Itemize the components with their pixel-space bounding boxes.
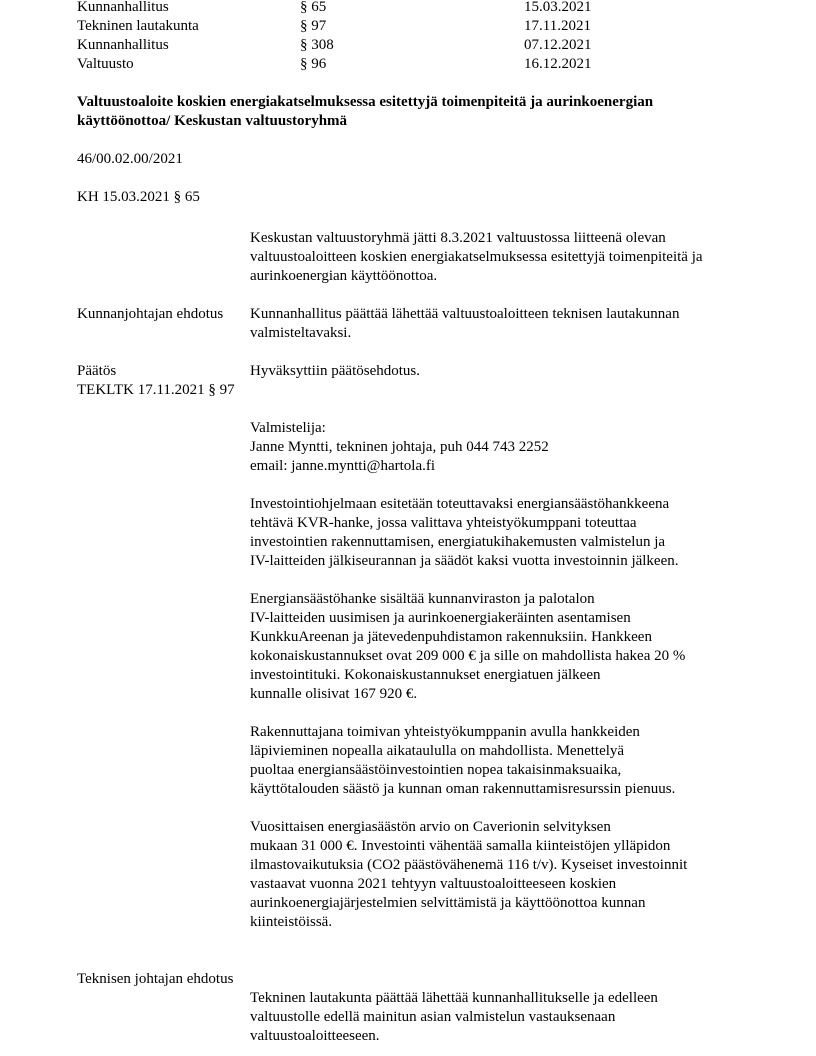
technical-director-proposal: Teknisen johtajan ehdotus Tekninen lauta… bbox=[77, 970, 757, 1046]
text-line: IV-laitteiden uusimisen ja aurinkoenergi… bbox=[250, 609, 740, 628]
session-date: 15.03.2021 bbox=[524, 0, 644, 17]
text-line: investointituki. Kokonaiskustannukset en… bbox=[250, 666, 740, 685]
text-line: tehtävä KVR-hanke, jossa valittava yhtei… bbox=[250, 514, 740, 533]
document-title: Valtuustoaloite koskien energiakatselmuk… bbox=[77, 93, 737, 131]
session-row: Kunnanhallitus § 308 07.12.2021 bbox=[77, 36, 757, 55]
mayor-proposal-text: Kunnanhallitus päättää lähettää valtuust… bbox=[250, 305, 740, 343]
session-date: 16.12.2021 bbox=[524, 55, 644, 74]
session-paragraph: § 96 bbox=[300, 55, 524, 74]
session-org: Kunnanhallitus bbox=[77, 0, 300, 17]
text-line: kokonaiskustannukset ovat 209 000 € ja s… bbox=[250, 647, 740, 666]
body-paragraph: Vuosittaisen energiasäästön arvio on Cav… bbox=[250, 818, 740, 932]
text-line: mukaan 31 000 €. Investointi vähentää sa… bbox=[250, 837, 740, 856]
text-line: aurinkoenergiajärjestelmien selvittämist… bbox=[250, 894, 740, 913]
kh-header: KH 15.03.2021 § 65 bbox=[77, 188, 757, 207]
session-date: 07.12.2021 bbox=[524, 36, 644, 55]
preparer-heading: Valmistelija: bbox=[250, 419, 740, 438]
decision-text: Hyväksyttiin päätösehdotus. bbox=[250, 362, 740, 400]
decision-label-text: Päätös bbox=[77, 362, 250, 381]
text-line: Keskustan valtuustoryhmä jätti 8.3.2021 … bbox=[250, 229, 740, 248]
session-table: Kunnanhallitus § 65 15.03.2021 Tekninen … bbox=[77, 0, 757, 74]
text-line: läpivieminen nopealla aikataululla on ma… bbox=[250, 742, 740, 761]
text-line: valmisteltavaksi. bbox=[250, 324, 740, 343]
text-line: kiinteistöissä. bbox=[250, 913, 740, 932]
text-line: Investointiohjelmaan esitetään toteuttav… bbox=[250, 495, 740, 514]
decision: Päätös TEKLTK 17.11.2021 § 97 Hyväksytti… bbox=[77, 362, 757, 400]
text-line: puoltaa energiansäästöinvestointien nope… bbox=[250, 761, 740, 780]
record-number: 46/00.02.00/2021 bbox=[77, 150, 757, 169]
kh-intro: Keskustan valtuustoryhmä jätti 8.3.2021 … bbox=[250, 229, 740, 286]
preparer-name: Janne Myntti, tekninen johtaja, puh 044 … bbox=[250, 438, 740, 457]
session-row: Valtuusto § 96 16.12.2021 bbox=[77, 55, 757, 74]
text-line: aurinkoenergian käyttöönottoa. bbox=[250, 267, 740, 286]
session-org: Tekninen lautakunta bbox=[77, 17, 300, 36]
mayor-proposal: Kunnanjohtajan ehdotus Kunnanhallitus pä… bbox=[77, 305, 757, 343]
text-line: vastaavat vuonna 2021 tehtyyn valtuustoa… bbox=[250, 875, 740, 894]
text-line: käyttötalouden säästö ja kunnan oman rak… bbox=[250, 780, 740, 799]
text-line: valtuustoaloitteeseen. bbox=[250, 1027, 740, 1046]
title-line: Valtuustoaloite koskien energiakatselmuk… bbox=[77, 93, 737, 112]
text-line: Kunnanhallitus päättää lähettää valtuust… bbox=[250, 305, 740, 324]
text-line: Rakennuttajana toimivan yhteistyökumppan… bbox=[250, 723, 740, 742]
text-line: valtuustoaloitteen koskien energiakatsel… bbox=[250, 248, 740, 267]
decision-label: Päätös TEKLTK 17.11.2021 § 97 bbox=[77, 362, 250, 400]
text-line: investointien rakennuttamisen, energiatu… bbox=[250, 533, 740, 552]
text-line: KunkkuAreenan ja jätevedenpuhdistamon ra… bbox=[250, 628, 740, 647]
technical-director-proposal-text: Tekninen lautakunta päättää lähettää kun… bbox=[250, 989, 740, 1046]
body-paragraph: Rakennuttajana toimivan yhteistyökumppan… bbox=[250, 723, 740, 799]
document-page: Kunnanhallitus § 65 15.03.2021 Tekninen … bbox=[77, 0, 757, 1046]
text-line: Vuosittaisen energiasäästön arvio on Cav… bbox=[250, 818, 740, 837]
session-paragraph: § 308 bbox=[300, 36, 524, 55]
session-org: Valtuusto bbox=[77, 55, 300, 74]
preparer-info: Valmistelija: Janne Myntti, tekninen joh… bbox=[250, 419, 740, 476]
body-paragraph: Investointiohjelmaan esitetään toteuttav… bbox=[250, 495, 740, 571]
tekltk-header: TEKLTK 17.11.2021 § 97 bbox=[77, 381, 250, 400]
text-line: ilmastovaikutuksia (CO2 päästövähenemä 1… bbox=[250, 856, 740, 875]
body-paragraph: Energiansäästöhanke sisältää kunnanviras… bbox=[250, 590, 740, 704]
session-date: 17.11.2021 bbox=[524, 17, 644, 36]
text-line: Energiansäästöhanke sisältää kunnanviras… bbox=[250, 590, 740, 609]
text-line: valtuustolle edellä mainitun asian valmi… bbox=[250, 1008, 740, 1027]
session-row: Tekninen lautakunta § 97 17.11.2021 bbox=[77, 17, 757, 36]
session-paragraph: § 65 bbox=[300, 0, 524, 17]
technical-director-proposal-label: Teknisen johtajan ehdotus bbox=[77, 970, 757, 989]
preparer-email[interactable]: email: janne.myntti@hartola.fi bbox=[250, 457, 740, 476]
session-paragraph: § 97 bbox=[300, 17, 524, 36]
text-line: Tekninen lautakunta päättää lähettää kun… bbox=[250, 989, 740, 1008]
text-line: IV-laitteiden jälkiseurannan ja säädöt k… bbox=[250, 552, 740, 571]
title-line: käyttöönottoa/ Keskustan valtuustoryhmä bbox=[77, 112, 737, 131]
session-org: Kunnanhallitus bbox=[77, 36, 300, 55]
session-row: Kunnanhallitus § 65 15.03.2021 bbox=[77, 0, 757, 17]
text-line: kunnalle olisivat 167 920 €. bbox=[250, 685, 740, 704]
mayor-proposal-label: Kunnanjohtajan ehdotus bbox=[77, 305, 250, 343]
